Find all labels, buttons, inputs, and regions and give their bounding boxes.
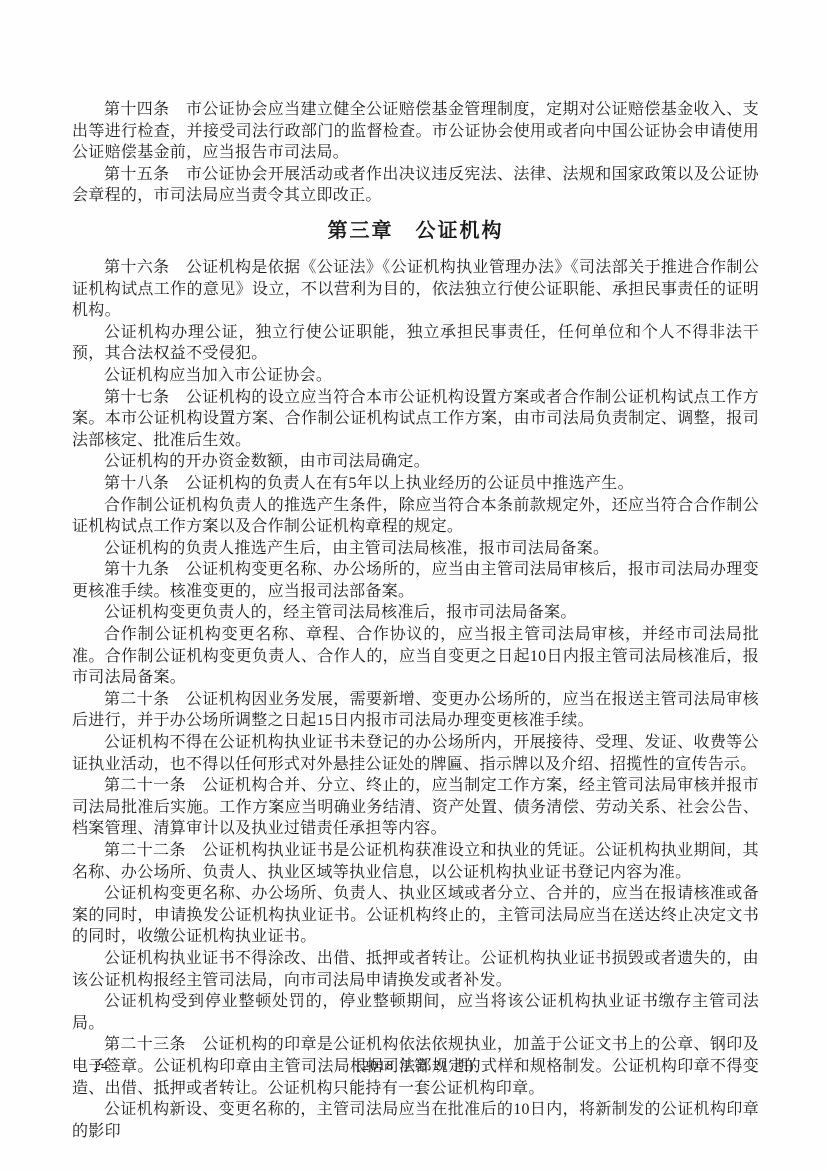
paragraph: 合作制公证机构变更名称、章程、合作协议的，应当报主管司法局审核，并经市司法局批准… [72,624,759,689]
document-body: 第十四条 市公证协会应当建立健全公证赔偿基金管理制度，定期对公证赔偿基金收入、支… [72,99,759,1142]
paragraph: 公证机构应当加入市公证协会。 [72,365,759,387]
paragraph: 公证机构办理公证，独立行使公证职能，独立承担民事责任，任何单位和个人不得非法干预… [72,322,759,365]
scanned-document-page: 第十四条 市公证协会应当建立健全公证赔偿基金管理制度，定期对公证赔偿基金收入、支… [0,0,827,1170]
paragraph: 第二十二条 公证机构执业证书是公证机构获准设立和执业的凭证。公证机构执业期间，其… [72,840,759,883]
paragraph: 公证机构新设、变更名称的，主管司法局应当在批准后的10日内，将新制发的公证机构印… [72,1099,759,1142]
page-footer: 24 (2018 年第 21 期) [72,1056,759,1078]
paragraph: 第十七条 公证机构的设立应当符合本市公证机构设置方案或者合作制公证机构试点工作方… [72,387,759,452]
paragraph: 合作制公证机构负责人的推选产生条件，除应当符合本条前款规定外，还应当符合合作制公… [72,495,759,538]
paragraph: 第十九条 公证机构变更名称、办公场所的，应当由主管司法局审核后，报市司法局办理变… [72,559,759,602]
paragraph: 第十八条 公证机构的负责人在有5年以上执业经历的公证员中推选产生。 [72,473,759,495]
paragraph: 公证机构受到停业整顿处罚的，停业整顿期间，应当将该公证机构执业证书缴存主管司法局… [72,991,759,1034]
paragraph: 公证机构的开办资金数额，由市司法局确定。 [72,451,759,473]
paragraph: 公证机构变更负责人的，经主管司法局核准后，报市司法局备案。 [72,602,759,624]
paragraph: 公证机构执业证书不得涂改、出借、抵押或者转让。公证机构执业证书损毁或者遗失的，由… [72,948,759,991]
paragraph: 第十五条 市公证协会开展活动或者作出决议违反宪法、法律、法规和国家政策以及公证协… [72,164,759,207]
paragraph: 公证机构不得在公证机构执业证书未登记的办公场所内，开展接待、受理、发证、收费等公… [72,732,759,775]
chapter-heading: 第三章 公证机构 [72,218,759,244]
issue-label: (2018 年第 21 期) [72,1056,759,1078]
paragraph: 第十四条 市公证协会应当建立健全公证赔偿基金管理制度，定期对公证赔偿基金收入、支… [72,99,759,164]
paragraph: 第二十一条 公证机构合并、分立、终止的，应当制定工作方案，经主管司法局审核并报市… [72,775,759,840]
paragraph: 公证机构变更名称、办公场所、负责人、执业区域或者分立、合并的，应当在报请核准或备… [72,883,759,948]
paragraph: 公证机构的负责人推选产生后，由主管司法局核准，报市司法局备案。 [72,538,759,560]
paragraph: 第十六条 公证机构是依据《公证法》《公证机构执业管理办法》《司法部关于推进合作制… [72,257,759,322]
paragraph: 第二十条 公证机构因业务发展，需要新增、变更办公场所的，应当在报送主管司法局审核… [72,689,759,732]
